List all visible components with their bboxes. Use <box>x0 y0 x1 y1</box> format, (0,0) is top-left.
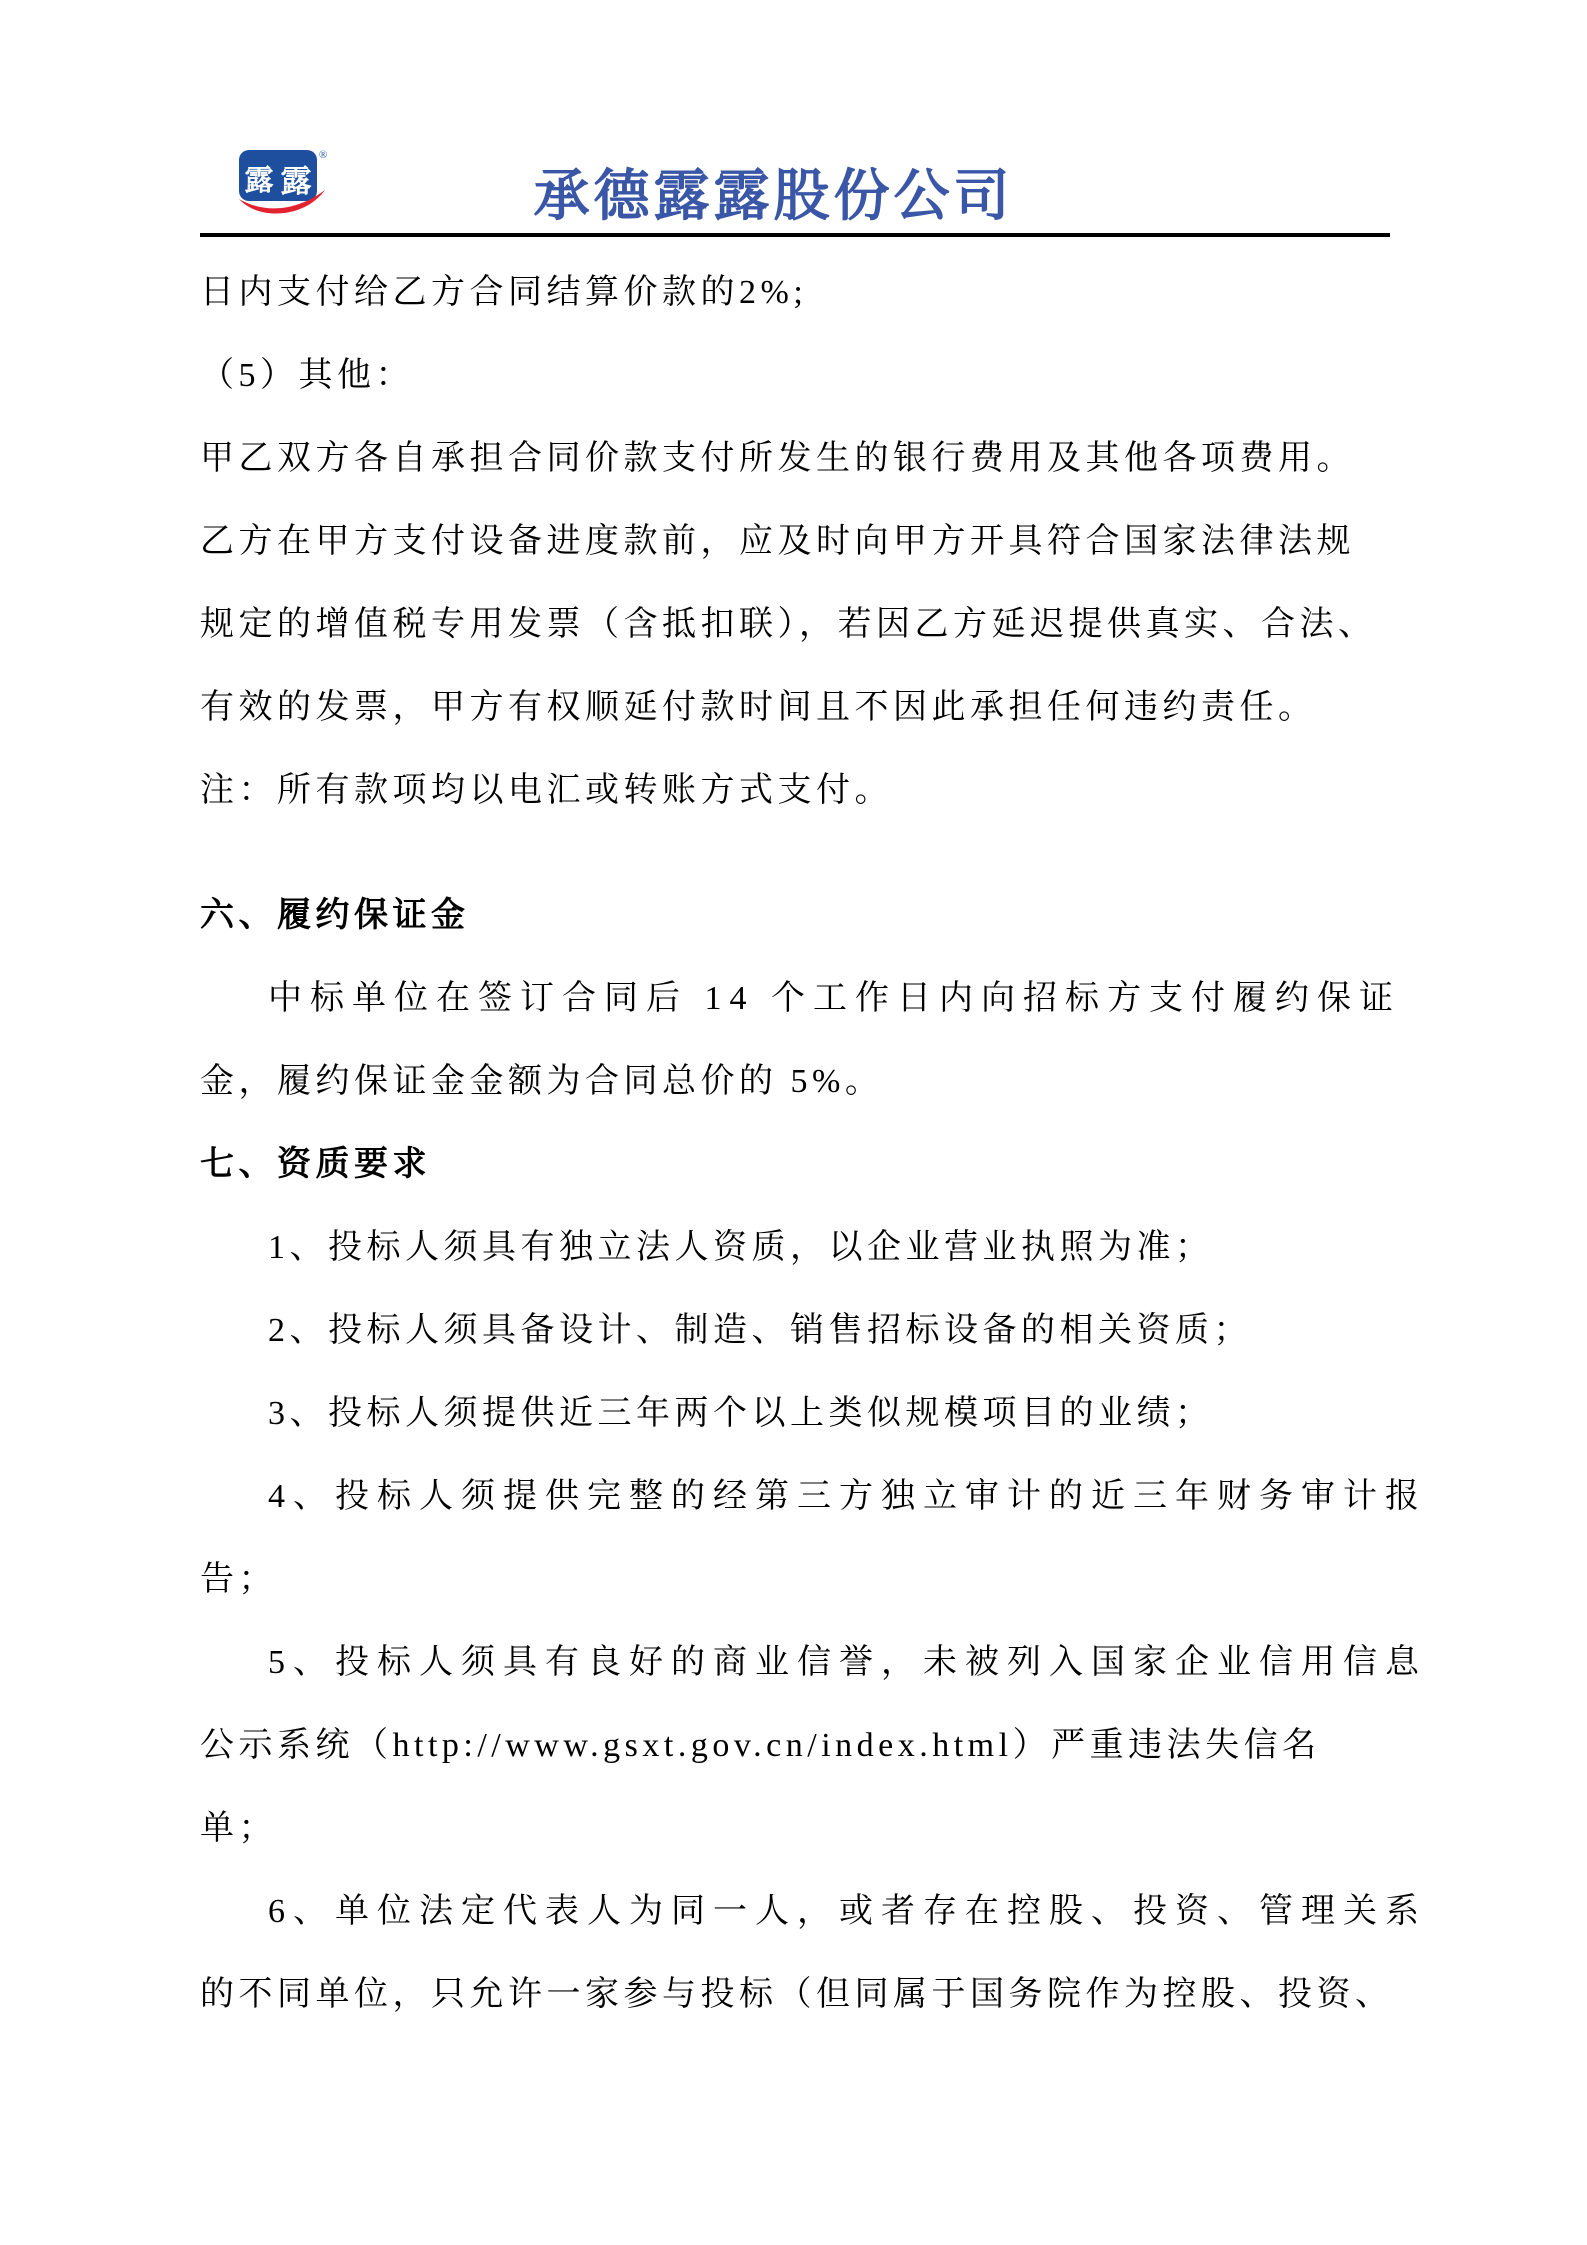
section-heading-performance-bond: 六、履约保证金 <box>200 874 1392 957</box>
section-heading-qualification: 七、资质要求 <box>200 1123 1392 1206</box>
list-item: 2、投标人须具备设计、制造、销售招标设备的相关资质； <box>200 1289 1392 1372</box>
list-item: 5、投标人须具有良好的商业信誉，未被列入国家企业信用信息 <box>200 1621 1392 1704</box>
text-line: 甲乙双方各自承担合同价款支付所发生的银行费用及其他各项费用。 <box>200 417 1392 500</box>
text-line: 公示系统（http://www.gsxt.gov.cn/index.html）严… <box>200 1704 1392 1787</box>
list-item: 1、投标人须具有独立法人资质，以企业营业执照为准； <box>200 1206 1392 1289</box>
text-line: 注：所有款项均以电汇或转账方式支付。 <box>200 749 1392 832</box>
text-line: 金，履约保证金金额为合同总价的 5%。 <box>200 1040 1392 1123</box>
text-line: （5）其他： <box>200 334 1392 417</box>
text-line: 有效的发票，甲方有权顺延付款时间且不因此承担任何违约责任。 <box>200 666 1392 749</box>
text-line: 日内支付给乙方合同结算价款的2%; <box>200 251 1392 334</box>
document-body: 日内支付给乙方合同结算价款的2%;（5）其他：甲乙双方各自承担合同价款支付所发生… <box>200 251 1392 2036</box>
company-title: 承德露露股份公司 <box>0 152 1547 232</box>
text-line: 的不同单位，只允许一家参与投标（但同属于国务院作为控股、投资、 <box>200 1953 1392 2036</box>
text-line: 中标单位在签订合同后 14 个工作日内向招标方支付履约保证 <box>200 957 1392 1040</box>
header-divider <box>200 233 1390 237</box>
text-line: 规定的增值税专用发票（含抵扣联），若因乙方延迟提供真实、合法、 <box>200 583 1392 666</box>
text-line: 告； <box>200 1538 1392 1621</box>
page-header: 露 露 ® 承德露露股份公司 <box>0 0 1587 236</box>
text-line: 单； <box>200 1787 1392 1870</box>
text-line: 乙方在甲方支付设备进度款前，应及时向甲方开具符合国家法律法规 <box>200 500 1392 583</box>
list-item: 4、投标人须提供完整的经第三方独立审计的近三年财务审计报 <box>200 1455 1392 1538</box>
document-page: 露 露 ® 承德露露股份公司 日内支付给乙方合同结算价款的2%;（5）其他：甲乙… <box>0 0 1587 2245</box>
list-item: 3、投标人须提供近三年两个以上类似规模项目的业绩； <box>200 1372 1392 1455</box>
list-item: 6、单位法定代表人为同一人，或者存在控股、投资、管理关系 <box>200 1870 1392 1953</box>
